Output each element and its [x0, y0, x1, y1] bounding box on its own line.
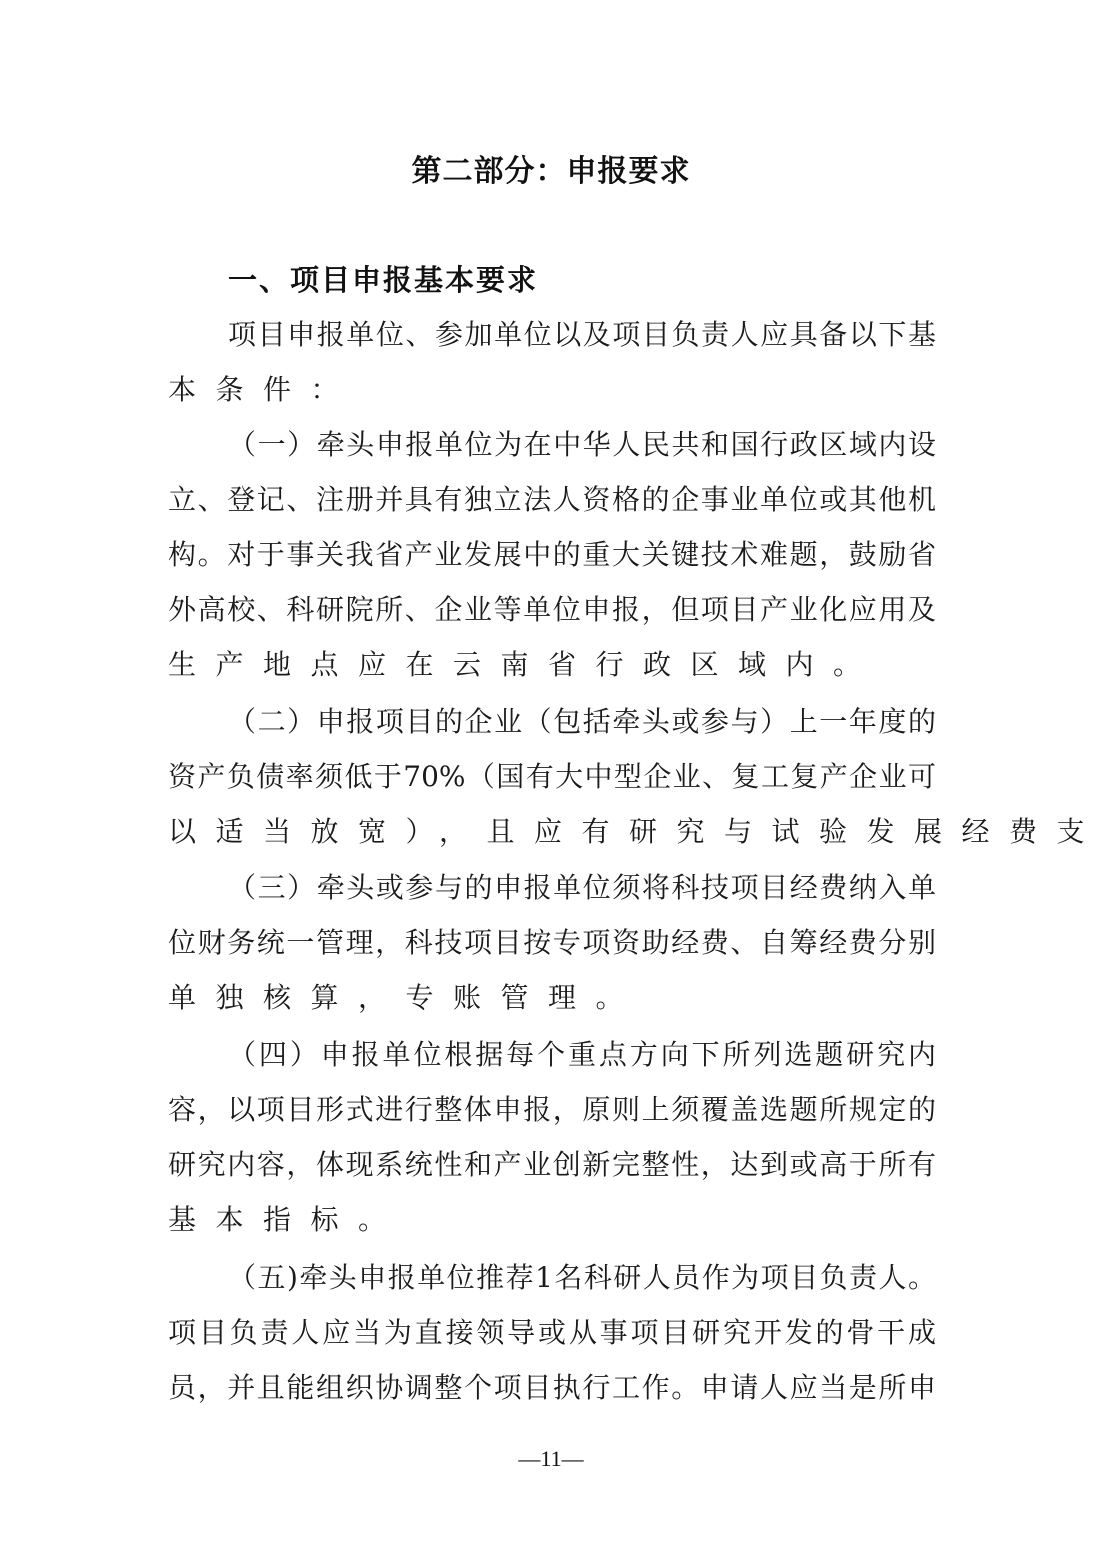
paragraph-line: 单独核算，专账管理。	[168, 978, 936, 1018]
paragraph-line: 项目负责人应当为直接领导或从事项目研究开发的骨干成	[168, 1313, 936, 1353]
paragraph-line: （二）申报项目的企业（包括牵头或参与）上一年度的	[228, 702, 936, 742]
paragraph-line: 以适当放宽），且应有研究与试验发展经费支出。	[168, 812, 936, 852]
paragraph-line: 外高校、科研院所、企业等单位申报，但项目产业化应用及	[168, 590, 936, 630]
paragraph-line: （四）申报单位根据每个重点方向下所列选题研究内	[228, 1035, 936, 1075]
paragraph-line: （五)牵头申报单位推荐1名科研人员作为项目负责人。	[228, 1258, 936, 1298]
paragraph-line: 构。对于事关我省产业发展中的重大关键技术难题，鼓励省	[168, 535, 936, 575]
paragraph-line: 资产负债率须低于70%（国有大中型企业、复工复产企业可	[168, 757, 936, 797]
paragraph-line: 位财务统一管理，科技项目按专项资助经费、自筹经费分别	[168, 923, 936, 963]
page-title: 第二部分：申报要求	[0, 146, 1102, 190]
paragraph-line: 容，以项目形式进行整体申报，原则上须覆盖选题所规定的	[168, 1090, 936, 1130]
section-heading: 一、项目申报基本要求	[228, 258, 538, 299]
paragraph-line: 生产地点应在云南省行政区域内。	[168, 645, 936, 685]
paragraph-line: 基本指标。	[168, 1200, 936, 1240]
document-page: 第二部分：申报要求 一、项目申报基本要求 项目申报单位、参加单位以及项目负责人应…	[0, 0, 1102, 1559]
paragraph-line: （三）牵头或参与的申报单位须将科技项目经费纳入单	[228, 868, 936, 908]
paragraph-line: 本条件：	[168, 370, 936, 410]
page-number: —11—	[0, 1446, 1102, 1472]
paragraph-line: 员，并且能组织协调整个项目执行工作。申请人应当是所申	[168, 1368, 936, 1408]
paragraph-line: （一）牵头申报单位为在中华人民共和国行政区域内设	[228, 425, 936, 465]
paragraph-line: 项目申报单位、参加单位以及项目负责人应具备以下基	[228, 315, 936, 355]
paragraph-line: 立、登记、注册并具有独立法人资格的企事业单位或其他机	[168, 480, 936, 520]
paragraph-line: 研究内容，体现系统性和产业创新完整性，达到或高于所有	[168, 1145, 936, 1185]
